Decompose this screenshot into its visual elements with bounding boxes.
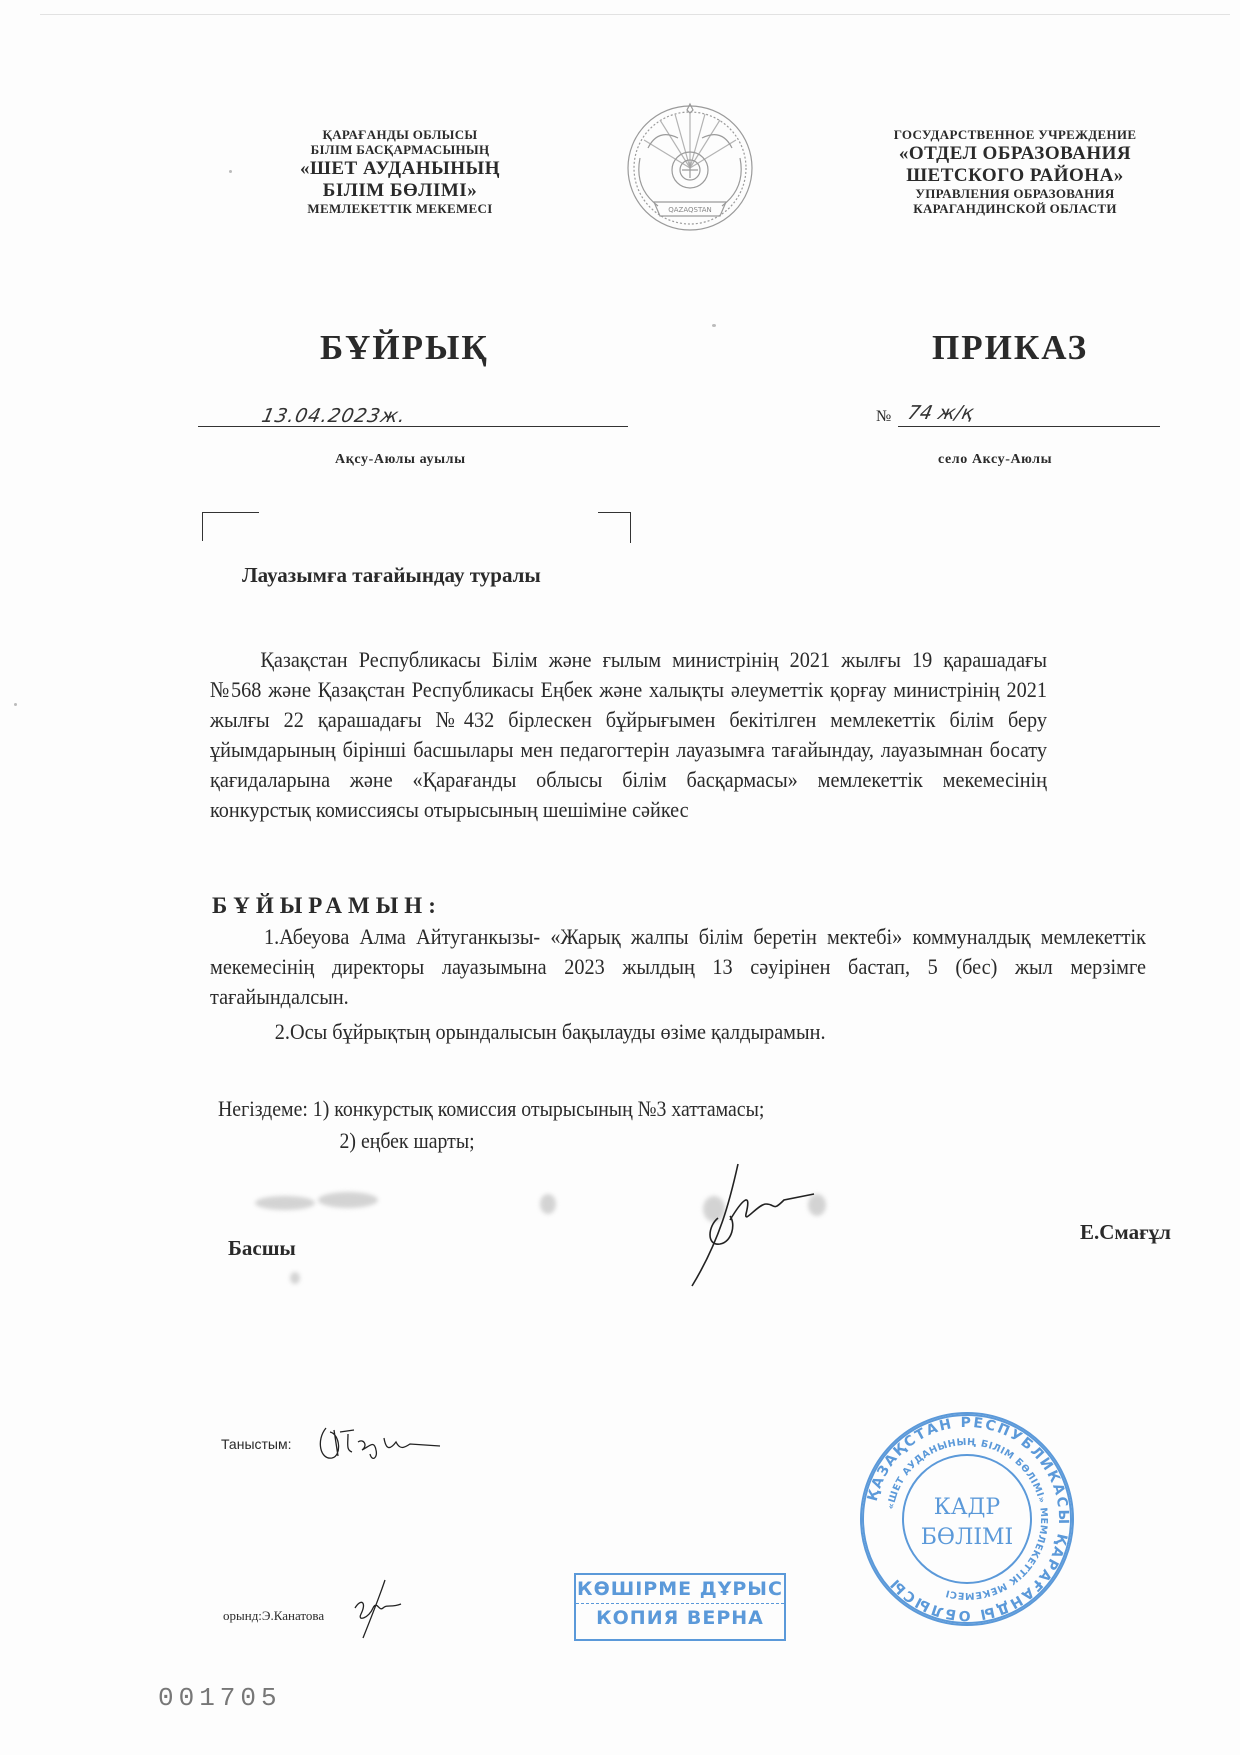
header-kz-line1: ҚАРАҒАНДЫ ОБЛЫСЫ bbox=[250, 128, 550, 143]
order-item-2: 2.Осы бұйрықтың орындалысын бақылауды өз… bbox=[210, 1017, 1146, 1047]
director-signature-icon bbox=[680, 1160, 820, 1290]
subject-bracket-right bbox=[598, 512, 631, 543]
header-kazakh: ҚАРАҒАНДЫ ОБЛЫСЫ БІЛІМ БАСҚАРМАСЫНЫҢ «ШЕ… bbox=[250, 128, 550, 217]
signatory-name: Е.Смағұл bbox=[1080, 1220, 1171, 1245]
scan-smudge bbox=[540, 1194, 556, 1214]
scan-speck bbox=[229, 170, 232, 173]
basis-line-2: 2) еңбек шарты; bbox=[218, 1125, 764, 1157]
header-kz-line3: «ШЕТ АУДАНЫНЫҢ bbox=[250, 158, 550, 180]
date-underline bbox=[198, 426, 628, 427]
preamble-text: Қазақстан Республикасы Білім және ғылым … bbox=[210, 645, 1047, 825]
copy-stamp-kazakh: КӨШІРМЕ ДҰРЫС bbox=[576, 1575, 784, 1603]
basis-block: Негіздеме: 1) конкурстық комиссия отырыс… bbox=[218, 1093, 764, 1157]
scan-speck bbox=[712, 324, 716, 327]
document-subject: Лауазымға тағайындау туралы bbox=[242, 563, 541, 588]
header-ru-line2: «ОТДЕЛ ОБРАЗОВАНИЯ bbox=[855, 143, 1175, 165]
handwritten-date: 13.04.2023ж. bbox=[260, 405, 409, 427]
svg-text:QAZAQSTAN: QAZAQSTAN bbox=[668, 206, 711, 214]
scan-speck bbox=[14, 703, 17, 706]
document-page: ҚАРАҒАНДЫ ОБЛЫСЫ БІЛІМ БАСҚАРМАСЫНЫҢ «ШЕ… bbox=[0, 0, 1240, 1755]
scan-edge-line bbox=[40, 14, 1230, 15]
signatory-title: Басшы bbox=[228, 1236, 296, 1261]
doc-type-kazakh: БҰЙРЫҚ bbox=[320, 328, 489, 368]
place-russian: село Аксу-Аюлы bbox=[938, 452, 1052, 468]
order-items: 1.Абеуова Алма Айтуганкызы- «Жарық жалпы… bbox=[210, 922, 1146, 1047]
scan-smudge bbox=[318, 1192, 378, 1208]
place-kazakh: Ақсу-Аюлы ауылы bbox=[335, 452, 466, 468]
scan-smudge bbox=[255, 1196, 315, 1210]
executor-label: орынд:Э.Канатова bbox=[223, 1608, 324, 1624]
svg-text:БӨЛІМІ: БӨЛІМІ bbox=[921, 1525, 1013, 1550]
header-russian: ГОСУДАРСТВЕННОЕ УЧРЕЖДЕНИЕ «ОТДЕЛ ОБРАЗО… bbox=[855, 128, 1175, 217]
hr-department-round-stamp: ҚАЗАҚСТАН РЕСПУБЛИКАСЫ ҚАРАҒАНДЫ ОБЛЫСЫ … bbox=[858, 1410, 1076, 1628]
state-emblem-icon: QAZAQSTAN bbox=[620, 98, 760, 248]
svg-text:КАДР: КАДР bbox=[934, 1495, 1001, 1520]
handwritten-number: 74 ж/қ bbox=[906, 402, 976, 424]
subject-bracket-left bbox=[202, 512, 259, 541]
order-item-1: 1.Абеуова Алма Айтуганкызы- «Жарық жалпы… bbox=[210, 922, 1146, 1012]
number-underline bbox=[898, 426, 1160, 427]
header-ru-line1: ГОСУДАРСТВЕННОЕ УЧРЕЖДЕНИЕ bbox=[855, 128, 1175, 143]
serial-number: 001705 bbox=[158, 1683, 282, 1713]
header-kz-line4: БІЛІМ БӨЛІМІ» bbox=[250, 180, 550, 202]
scan-smudge bbox=[290, 1272, 300, 1284]
number-label: № bbox=[876, 408, 891, 426]
header-ru-line3: ШЕТСКОГО РАЙОНА» bbox=[855, 165, 1175, 187]
familiarized-label: Таныстым: bbox=[221, 1436, 292, 1452]
copy-stamp-russian: КОПИЯ ВЕРНА bbox=[576, 1603, 784, 1632]
header-kz-line5: МЕМЛЕКЕТТІК МЕКЕМЕСІ bbox=[250, 202, 550, 217]
order-word: БҰЙЫРАМЫН: bbox=[212, 893, 442, 919]
header-ru-line5: КАРАГАНДИНСКОЙ ОБЛАСТИ bbox=[855, 202, 1175, 217]
copy-certified-stamp: КӨШІРМЕ ДҰРЫС КОПИЯ ВЕРНА bbox=[574, 1573, 786, 1641]
basis-line-1: Негіздеме: 1) конкурстық комиссия отырыс… bbox=[218, 1093, 764, 1125]
header-kz-line2: БІЛІМ БАСҚАРМАСЫНЫҢ bbox=[250, 143, 550, 158]
executor-signature-icon bbox=[345, 1578, 405, 1640]
header-ru-line4: УПРАВЛЕНИЯ ОБРАЗОВАНИЯ bbox=[855, 187, 1175, 202]
familiarized-signature-icon bbox=[314, 1420, 444, 1470]
doc-type-russian: ПРИКАЗ bbox=[932, 328, 1088, 368]
preamble-paragraph: Қазақстан Республикасы Білім және ғылым … bbox=[210, 645, 1047, 825]
